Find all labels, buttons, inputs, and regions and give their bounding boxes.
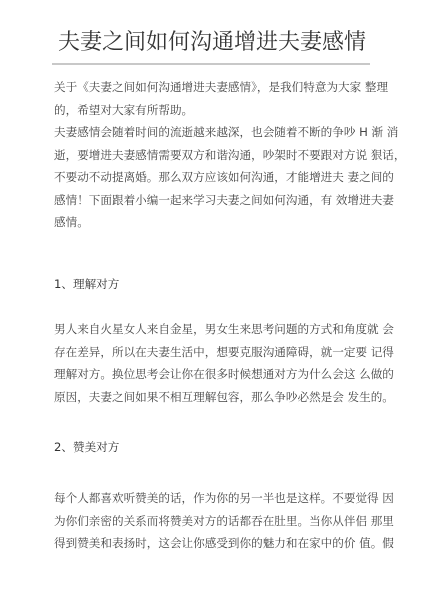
text-line: 男人来自火星女人来自金星，男女生来思考问题的方式和角度就 会 <box>54 318 372 341</box>
document-title: 夫妻之间如何沟通增进夫妻感情 <box>0 29 424 57</box>
text-line: 得到赞美和表扬时，这会让你感受到你的魅力和在家中的价 值。假 <box>54 532 372 555</box>
text-line: 逝，要增进夫妻感情需要双方和谐沟通，吵架时不要跟对方说 狠话， <box>54 144 372 167</box>
text-line: 存在差异，所以在夫妻生活中，想要克服沟通障碍，就一定要 记得 <box>54 341 372 364</box>
intro-paragraph: 关于《夫妻之间如何沟通增进夫妻感情》，是我们特意为大家 整理 的，希望对大家有所… <box>54 76 372 234</box>
section-heading-understand: 1、理解对方 <box>54 274 119 294</box>
text-line: 夫妻感情会随着时间的流逝越来越深，也会随着不断的争吵 H 渐 消 <box>54 121 372 144</box>
section-paragraph-praise: 每个人都喜欢听赞美的话，作为你的另一半也是这样。不要觉得 因 为你们亲密的关系而… <box>54 487 372 555</box>
text-line: 原因，夫妻之间如果不相互理解包容，那么争吵必然是会 发生的。 <box>54 386 372 409</box>
text-line: 关于《夫妻之间如何沟通增进夫妻感情》，是我们特意为大家 整理 <box>54 76 372 99</box>
title-divider <box>52 63 370 65</box>
text-line: 理解对方。换位思考会让你在很多时候想通对方为什么会这 么做的 <box>54 363 372 386</box>
section-heading-praise: 2、赞美对方 <box>54 437 119 457</box>
text-line: 感情。 <box>54 211 372 234</box>
text-line: 的，希望对大家有所帮助。 <box>54 99 372 122</box>
document-page: 夫妻之间如何沟通增进夫妻感情 关于《夫妻之间如何沟通增进夫妻感情》，是我们特意为… <box>0 0 424 600</box>
text-line: 每个人都喜欢听赞美的话，作为你的另一半也是这样。不要觉得 因 <box>54 487 372 510</box>
text-line: 不要动不动提离婚。那么双方应该如何沟通，才能增进夫 妻之间的 <box>54 166 372 189</box>
section-paragraph-understand: 男人来自火星女人来自金星，男女生来思考问题的方式和角度就 会 存在差异，所以在夫… <box>54 318 372 408</box>
text-line: 为你们亲密的关系而将赞美对方的话都吞在肚里。当你从伴侣 那里 <box>54 510 372 533</box>
text-line: 感情！下面跟着小编一起来学习夫妻之间如何沟通，有 效增进夫妻 <box>54 189 372 212</box>
